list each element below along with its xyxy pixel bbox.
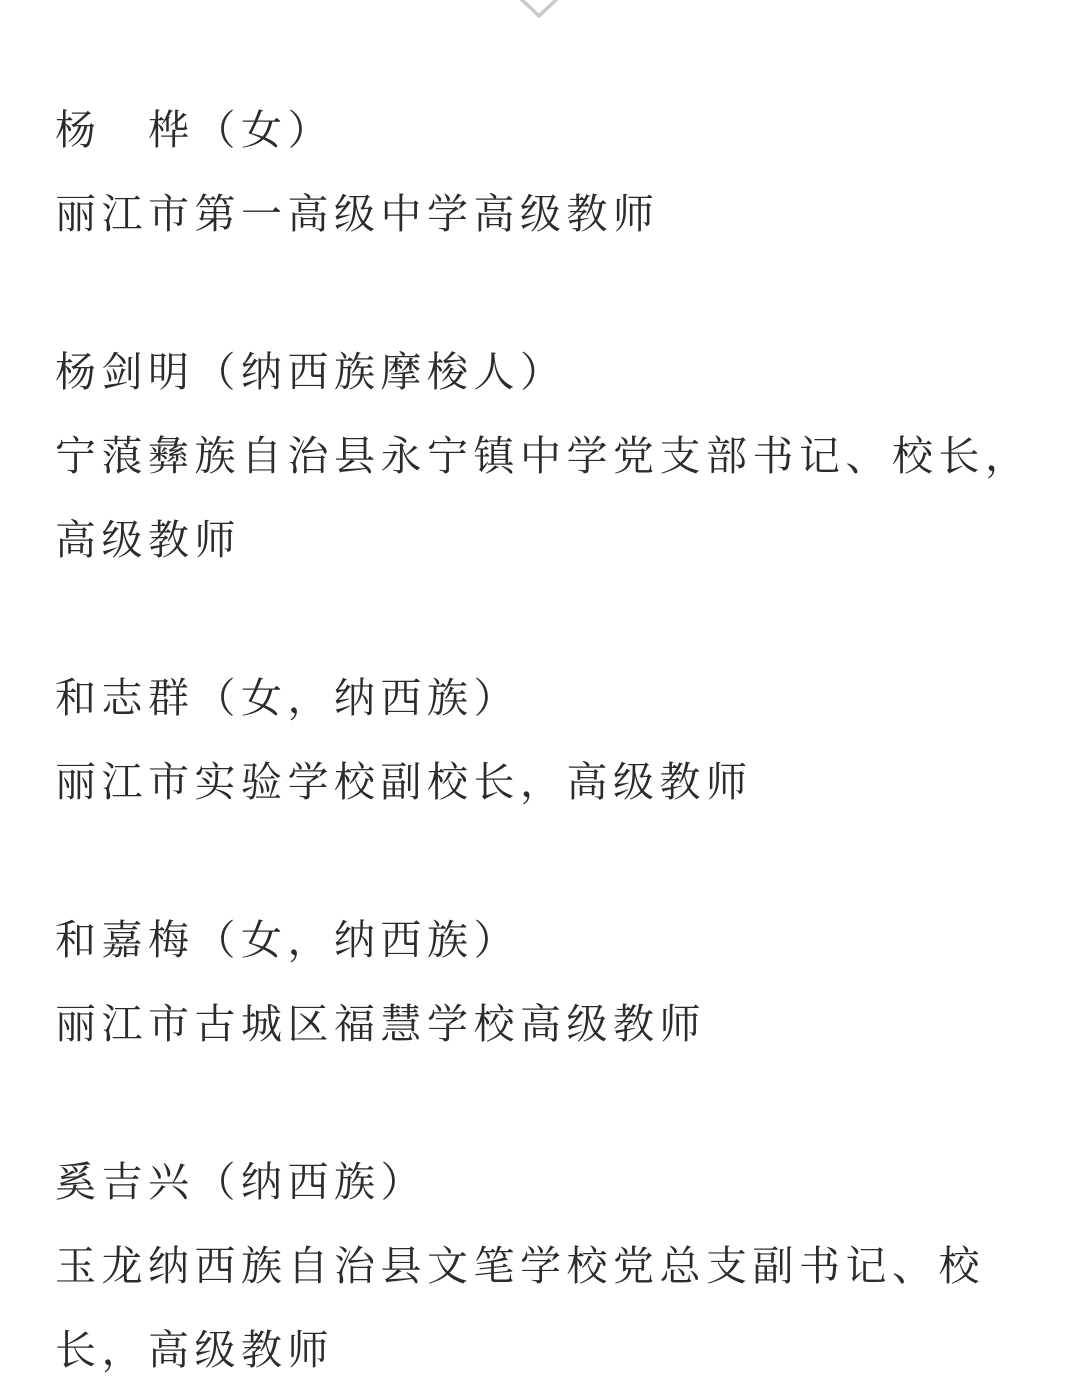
- person-title-line: 高级教师: [55, 498, 1025, 582]
- person-name: 杨剑明（纳西族摩梭人）: [55, 330, 1025, 414]
- person-name: 奚吉兴（纳西族）: [55, 1140, 1025, 1224]
- teacher-record: 和志群（女，纳西族）丽江市实验学校副校长，高级教师: [55, 656, 1025, 824]
- person-name: 杨 桦（女）: [55, 88, 1025, 172]
- person-title-line: 丽江市古城区福慧学校高级教师: [55, 982, 1025, 1066]
- person-name: 和嘉梅（女，纳西族）: [55, 898, 1025, 982]
- person-title-line: 丽江市实验学校副校长，高级教师: [55, 740, 1025, 824]
- person-title-line: 丽江市第一高级中学高级教师: [55, 172, 1025, 256]
- teacher-record: 和嘉梅（女，纳西族）丽江市古城区福慧学校高级教师: [55, 898, 1025, 1066]
- person-title-line: 玉龙纳西族自治县文笔学校党总支副书记、校: [55, 1224, 1025, 1308]
- teacher-record: 奚吉兴（纳西族）玉龙纳西族自治县文笔学校党总支副书记、校长，高级教师: [55, 1140, 1025, 1392]
- person-title-line: 长，高级教师: [55, 1308, 1025, 1392]
- chevron-down-icon: [515, 0, 563, 20]
- person-title-line: 宁蒗彝族自治县永宁镇中学党支部书记、校长，: [55, 414, 1025, 498]
- teacher-record: 杨剑明（纳西族摩梭人）宁蒗彝族自治县永宁镇中学党支部书记、校长，高级教师: [55, 330, 1025, 582]
- person-name: 和志群（女，纳西族）: [55, 656, 1025, 740]
- teacher-roster-list: 杨 桦（女）丽江市第一高级中学高级教师杨剑明（纳西族摩梭人）宁蒗彝族自治县永宁镇…: [55, 88, 1025, 1392]
- teacher-record: 杨 桦（女）丽江市第一高级中学高级教师: [55, 88, 1025, 256]
- document-page: 杨 桦（女）丽江市第一高级中学高级教师杨剑明（纳西族摩梭人）宁蒗彝族自治县永宁镇…: [0, 0, 1079, 1400]
